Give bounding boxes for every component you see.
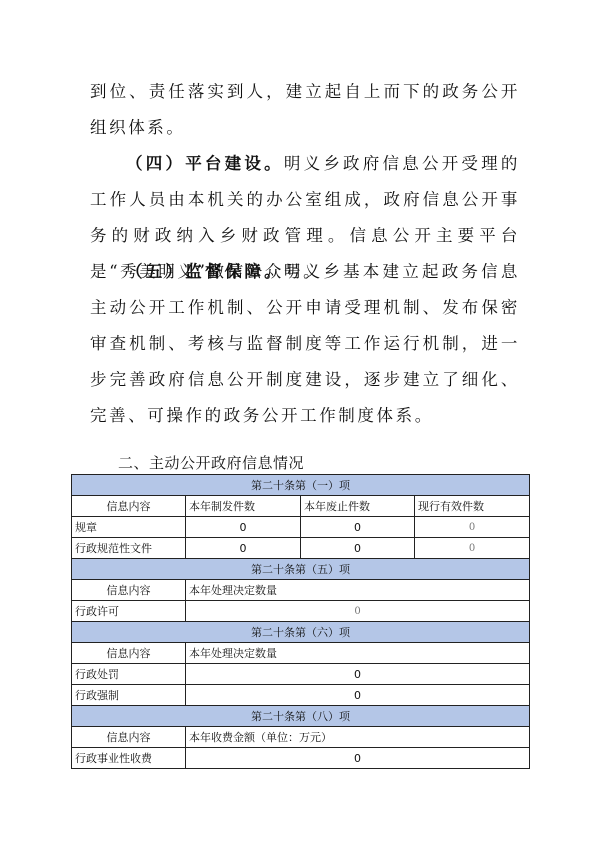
row-label: 行政处罚 [72, 664, 186, 685]
info-disclosure-table: 第二十条第（一）项 信息内容 本年制发件数 本年废止件数 现行有效件数 规章 0… [71, 474, 530, 769]
section-title: 二、主动公开政府信息情况 [118, 452, 304, 473]
cell-value: 0 [186, 664, 530, 685]
table-row: 行政规范性文件 0 0 0 [72, 538, 530, 559]
row-label: 行政许可 [72, 601, 186, 622]
paragraph-supervision: （五）监督保障。明义乡基本建立起政务信息主动公开工作机制、公开申请受理机制、发布… [90, 254, 520, 434]
col-header-valid: 现行有效件数 [415, 496, 530, 517]
cell-value: 0 [186, 601, 530, 622]
table-row: 行政处罚 0 [72, 664, 530, 685]
table-row: 行政许可 0 [72, 601, 530, 622]
section-title-article20-1: 第二十条第（一）项 [72, 475, 530, 496]
table-row: 行政强制 0 [72, 685, 530, 706]
table-row: 行政事业性收费 0 [72, 748, 530, 769]
cell-issued: 0 [186, 517, 301, 538]
col-header-content: 信息内容 [72, 496, 186, 517]
section-title-article20-8: 第二十条第（八）项 [72, 706, 530, 727]
column-header-row: 信息内容 本年收费金额（单位：万元） [72, 727, 530, 748]
col-header-fee-amount: 本年收费金额（单位：万元） [186, 727, 530, 748]
row-label: 行政规范性文件 [72, 538, 186, 559]
column-header-row: 信息内容 本年处理决定数量 [72, 580, 530, 601]
col-header-decisions: 本年处理决定数量 [186, 580, 530, 601]
cell-valid: 0 [415, 517, 530, 538]
column-header-row: 信息内容 本年处理决定数量 [72, 643, 530, 664]
cell-valid: 0 [415, 538, 530, 559]
table-row: 规章 0 0 0 [72, 517, 530, 538]
col-header-content: 信息内容 [72, 727, 186, 748]
supervision-body: 明义乡基本建立起政务信息主动公开工作机制、公开申请受理机制、发布保密审查机制、考… [90, 262, 520, 425]
cell-issued: 0 [186, 538, 301, 559]
section-header-row: 第二十条第（八）项 [72, 706, 530, 727]
row-label: 行政强制 [72, 685, 186, 706]
row-label: 规章 [72, 517, 186, 538]
col-header-issued: 本年制发件数 [186, 496, 301, 517]
section-header-row: 第二十条第（一）项 [72, 475, 530, 496]
col-header-decisions: 本年处理决定数量 [186, 643, 530, 664]
cell-abolished: 0 [301, 538, 415, 559]
cell-value: 0 [186, 748, 530, 769]
row-label: 行政事业性收费 [72, 748, 186, 769]
col-header-abolished: 本年废止件数 [301, 496, 415, 517]
column-header-row: 信息内容 本年制发件数 本年废止件数 现行有效件数 [72, 496, 530, 517]
cell-abolished: 0 [301, 517, 415, 538]
section-title-article20-5: 第二十条第（五）项 [72, 559, 530, 580]
platform-heading: （四）平台建设。 [126, 154, 284, 173]
col-header-content: 信息内容 [72, 580, 186, 601]
supervision-heading: （五）监督保障。 [126, 262, 284, 281]
section-title-article20-6: 第二十条第（六）项 [72, 622, 530, 643]
col-header-content: 信息内容 [72, 643, 186, 664]
section-header-row: 第二十条第（六）项 [72, 622, 530, 643]
paragraph-organization: 到位、责任落实到人，建立起自上而下的政务公开组织体系。 [90, 74, 520, 146]
section-header-row: 第二十条第（五）项 [72, 559, 530, 580]
cell-value: 0 [186, 685, 530, 706]
